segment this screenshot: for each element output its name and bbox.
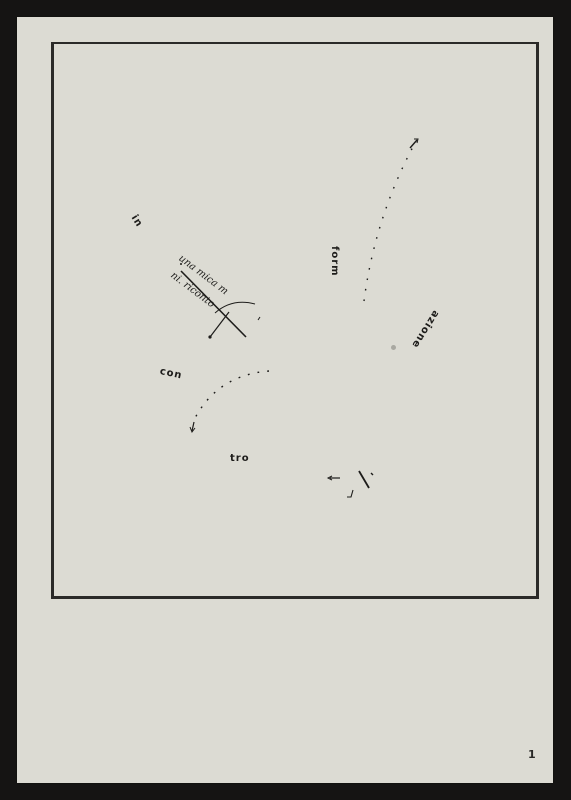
paper-card: in form azione con tro una mica m ni. ri…: [17, 17, 553, 783]
ink-smudge: [391, 345, 396, 350]
drawing-frame: [51, 42, 539, 599]
word-form: form: [329, 246, 340, 277]
page-number: 1: [528, 748, 536, 761]
word-tro: tro: [230, 453, 250, 464]
scan-background: in form azione con tro una mica m ni. ri…: [0, 0, 571, 800]
